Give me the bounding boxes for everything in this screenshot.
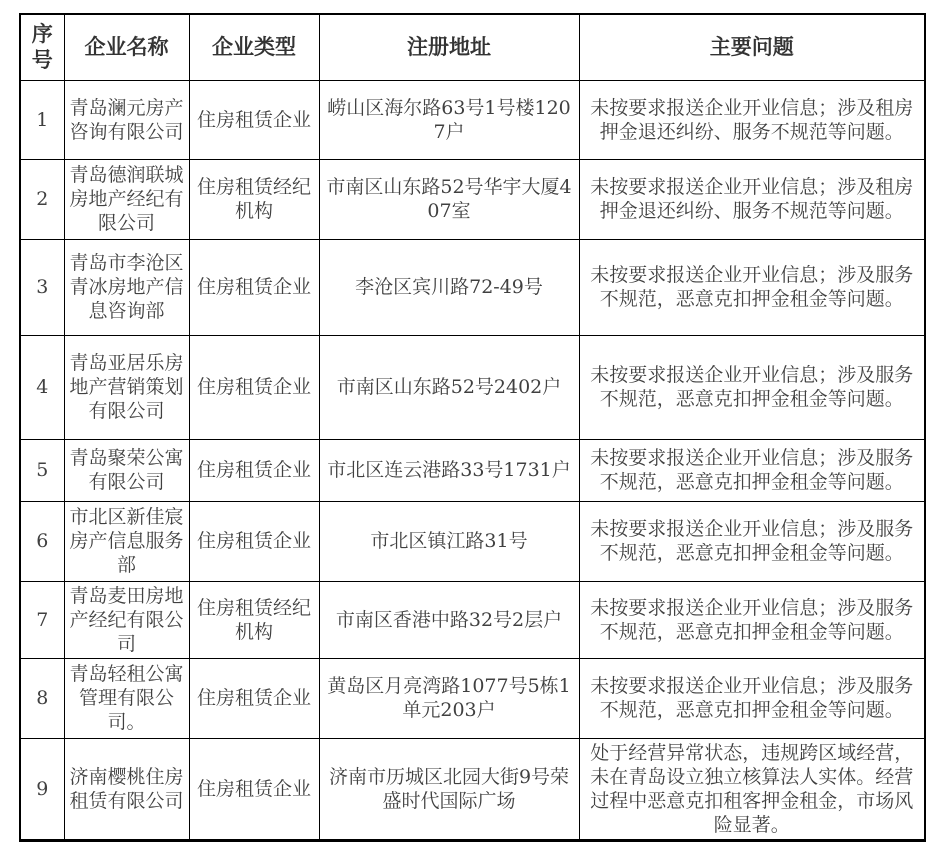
cell-company-name: 青岛市李沧区青冰房地产信息咨询部 [64, 239, 189, 335]
violation-companies-table: 序号 企业名称 企业类型 注册地址 主要问题 1 青岛澜元房产咨询有限公司 住房… [19, 13, 926, 842]
cell-registered-address: 市南区山东路52号2402户 [319, 335, 579, 439]
cell-main-problems: 未按要求报送企业开业信息；涉及租房押金退还纠纷、服务不规范等问题。 [579, 159, 925, 239]
cell-main-problems: 未按要求报送企业开业信息；涉及服务不规范，恶意克扣押金租金等问题。 [579, 335, 925, 439]
column-header-main-problems: 主要问题 [579, 14, 925, 80]
cell-registered-address: 黄岛区月亮湾路1077号5栋1单元203户 [319, 658, 579, 738]
table-row: 3 青岛市李沧区青冰房地产信息咨询部 住房租赁企业 李沧区宾川路72-49号 未… [20, 239, 925, 335]
column-header-company-type: 企业类型 [189, 14, 319, 80]
cell-company-name: 青岛德润联城房地产经纪有限公司 [64, 159, 189, 239]
cell-registered-address: 崂山区海尔路63号1号楼1207户 [319, 80, 579, 159]
cell-number: 9 [20, 738, 64, 840]
cell-company-type: 住房租赁企业 [189, 80, 319, 159]
page: 序号 企业名称 企业类型 注册地址 主要问题 1 青岛澜元房产咨询有限公司 住房… [0, 0, 936, 846]
cell-number: 3 [20, 239, 64, 335]
cell-main-problems: 未按要求报送企业开业信息；涉及服务不规范，恶意克扣押金租金等问题。 [579, 439, 925, 501]
cell-company-type: 住房租赁经纪机构 [189, 581, 319, 658]
table-row: 8 青岛轻租公寓管理有限公司。 住房租赁企业 黄岛区月亮湾路1077号5栋1单元… [20, 658, 925, 738]
column-header-registered-address: 注册地址 [319, 14, 579, 80]
cell-company-type: 住房租赁企业 [189, 738, 319, 840]
cell-number: 5 [20, 439, 64, 501]
table-row: 7 青岛麦田房地产经纪有限公司 住房租赁经纪机构 市南区香港中路32号2层户 未… [20, 581, 925, 658]
cell-registered-address: 市北区镇江路31号 [319, 501, 579, 581]
cell-registered-address: 李沧区宾川路72-49号 [319, 239, 579, 335]
cell-registered-address: 市南区香港中路32号2层户 [319, 581, 579, 658]
cell-company-type: 住房租赁企业 [189, 501, 319, 581]
table-row: 9 济南樱桃住房租赁有限公司 住房租赁企业 济南市历城区北园大街9号荣盛时代国际… [20, 738, 925, 840]
cell-company-type: 住房租赁企业 [189, 239, 319, 335]
cell-number: 7 [20, 581, 64, 658]
table-body: 1 青岛澜元房产咨询有限公司 住房租赁企业 崂山区海尔路63号1号楼1207户 … [20, 80, 925, 840]
cell-company-type: 住房租赁企业 [189, 335, 319, 439]
cell-number: 6 [20, 501, 64, 581]
cell-company-name: 青岛轻租公寓管理有限公司。 [64, 658, 189, 738]
cell-main-problems: 未按要求报送企业开业信息；涉及服务不规范，恶意克扣押金租金等问题。 [579, 581, 925, 658]
cell-registered-address: 市北区连云港路33号1731户 [319, 439, 579, 501]
header-row: 序号 企业名称 企业类型 注册地址 主要问题 [20, 14, 925, 80]
cell-number: 8 [20, 658, 64, 738]
cell-registered-address: 市南区山东路52号华宇大厦407室 [319, 159, 579, 239]
cell-company-name: 青岛澜元房产咨询有限公司 [64, 80, 189, 159]
table-header: 序号 企业名称 企业类型 注册地址 主要问题 [20, 14, 925, 80]
cell-company-name: 青岛麦田房地产经纪有限公司 [64, 581, 189, 658]
cell-number: 2 [20, 159, 64, 239]
table-row: 1 青岛澜元房产咨询有限公司 住房租赁企业 崂山区海尔路63号1号楼1207户 … [20, 80, 925, 159]
column-header-number: 序号 [20, 14, 64, 80]
cell-company-type: 住房租赁经纪机构 [189, 159, 319, 239]
column-header-company-name: 企业名称 [64, 14, 189, 80]
cell-company-name: 市北区新佳宸房产信息服务部 [64, 501, 189, 581]
cell-number: 4 [20, 335, 64, 439]
cell-number: 1 [20, 80, 64, 159]
cell-main-problems: 未按要求报送企业开业信息；涉及服务不规范，恶意克扣押金租金等问题。 [579, 501, 925, 581]
cell-company-type: 住房租赁企业 [189, 439, 319, 501]
cell-registered-address: 济南市历城区北园大街9号荣盛时代国际广场 [319, 738, 579, 840]
cell-company-name: 青岛亚居乐房地产营销策划有限公司 [64, 335, 189, 439]
cell-main-problems: 未按要求报送企业开业信息；涉及服务不规范，恶意克扣押金租金等问题。 [579, 658, 925, 738]
cell-company-name: 济南樱桃住房租赁有限公司 [64, 738, 189, 840]
cell-main-problems: 处于经营异常状态，违规跨区域经营，未在青岛设立独立核算法人实体。经营过程中恶意克… [579, 738, 925, 840]
cell-company-type: 住房租赁企业 [189, 658, 319, 738]
cell-main-problems: 未按要求报送企业开业信息；涉及租房押金退还纠纷、服务不规范等问题。 [579, 80, 925, 159]
cell-company-name: 青岛聚荣公寓有限公司 [64, 439, 189, 501]
table-row: 5 青岛聚荣公寓有限公司 住房租赁企业 市北区连云港路33号1731户 未按要求… [20, 439, 925, 501]
table-row: 6 市北区新佳宸房产信息服务部 住房租赁企业 市北区镇江路31号 未按要求报送企… [20, 501, 925, 581]
cell-main-problems: 未按要求报送企业开业信息；涉及服务不规范，恶意克扣押金租金等问题。 [579, 239, 925, 335]
table-row: 4 青岛亚居乐房地产营销策划有限公司 住房租赁企业 市南区山东路52号2402户… [20, 335, 925, 439]
table-row: 2 青岛德润联城房地产经纪有限公司 住房租赁经纪机构 市南区山东路52号华宇大厦… [20, 159, 925, 239]
